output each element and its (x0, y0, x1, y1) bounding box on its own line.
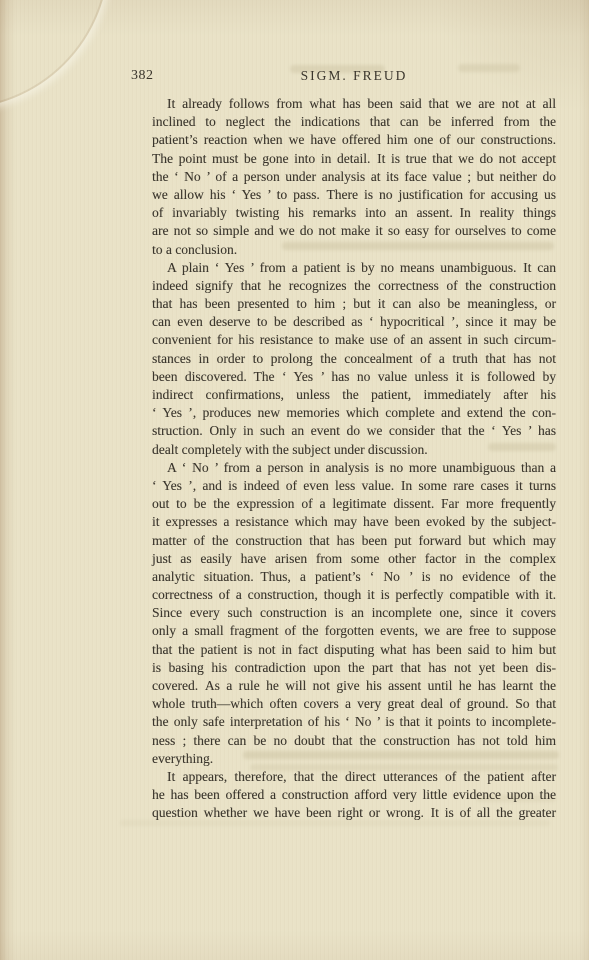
text-line: been discovered. The ‘ Yes ’ has no valu… (152, 368, 556, 386)
text-line: to a conclusion. (152, 241, 556, 259)
paragraph: It appears, therefore, that the direct u… (152, 768, 556, 823)
paragraph: A plain ‘ Yes ’ from a patient is by no … (152, 259, 556, 459)
text-line: covered. As a rule he will not give his … (152, 677, 556, 695)
text-line: the ‘ No ’ of a person under analysis at… (152, 168, 556, 186)
running-head: SIGM. FREUD (152, 68, 556, 84)
text-line: it expresses a resistance which may have… (152, 513, 556, 531)
text-line: It appears, therefore, that the direct u… (152, 768, 556, 786)
text-line: of invariably twisting his remarks into … (152, 204, 556, 222)
page-text: It already follows from what has been sa… (152, 95, 556, 823)
text-line: indeed signify that he recognizes the co… (152, 277, 556, 295)
text-line: question whether we have been right or w… (152, 804, 556, 822)
text-line: we allow his ‘ Yes ’ to pass. There is n… (152, 186, 556, 204)
text-line: struction. Only in such an event do we c… (152, 422, 556, 440)
text-line: only a small fragment of the forgotten e… (152, 622, 556, 640)
page-number: 382 (131, 68, 154, 84)
paper-crease (0, 0, 109, 109)
text-line: analytic situation. Thus, a patient’s ‘ … (152, 568, 556, 586)
text-line: stances in order to prolong the concealm… (152, 350, 556, 368)
text-line: ‘ Yes ’, and is indeed of even less valu… (152, 477, 556, 495)
text-line: out to be the expression of a legitimate… (152, 495, 556, 513)
text-line: ness ; there can be no doubt that the co… (152, 732, 556, 750)
text-line: everything. (152, 750, 556, 768)
text-line: is basing his contradiction upon the par… (152, 659, 556, 677)
paragraph: It already follows from what has been sa… (152, 95, 556, 259)
text-line: patient’s reaction when we have offered … (152, 131, 556, 149)
text-line: can even deserve to be described as ‘ hy… (152, 313, 556, 331)
text-line: the only safe interpretation of his ‘ No… (152, 713, 556, 731)
text-line: inclined to neglect the indications that… (152, 113, 556, 131)
text-line: A plain ‘ Yes ’ from a patient is by no … (152, 259, 556, 277)
text-line: dealt completely with the subject under … (152, 441, 556, 459)
text-line: just as easily have arisen from some oth… (152, 550, 556, 568)
text-line: correctness of a construction, though it… (152, 586, 556, 604)
text-line: are not so simple and we do not make it … (152, 222, 556, 240)
text-line: It already follows from what has been sa… (152, 95, 556, 113)
text-line: Since every such construction is an inco… (152, 604, 556, 622)
text-line: The point must be gone into in detail. I… (152, 150, 556, 168)
text-line: matter of the construction that has been… (152, 532, 556, 550)
paragraph: A ‘ No ’ from a person in analysis is no… (152, 459, 556, 768)
text-line: he has been offered a construction affor… (152, 786, 556, 804)
book-page: 382 SIGM. FREUD It already follows from … (0, 0, 589, 960)
text-line: that the patient is not in fact disputin… (152, 641, 556, 659)
text-line: A ‘ No ’ from a person in analysis is no… (152, 459, 556, 477)
text-line: convenient for his resistance to make us… (152, 331, 556, 349)
text-line: indirect confirmations, unless the patie… (152, 386, 556, 404)
text-line: whole truth—which often covers a very gr… (152, 695, 556, 713)
text-line: that has been presented to him ; but it … (152, 295, 556, 313)
text-line: ‘ Yes ’, produces new memories which com… (152, 404, 556, 422)
